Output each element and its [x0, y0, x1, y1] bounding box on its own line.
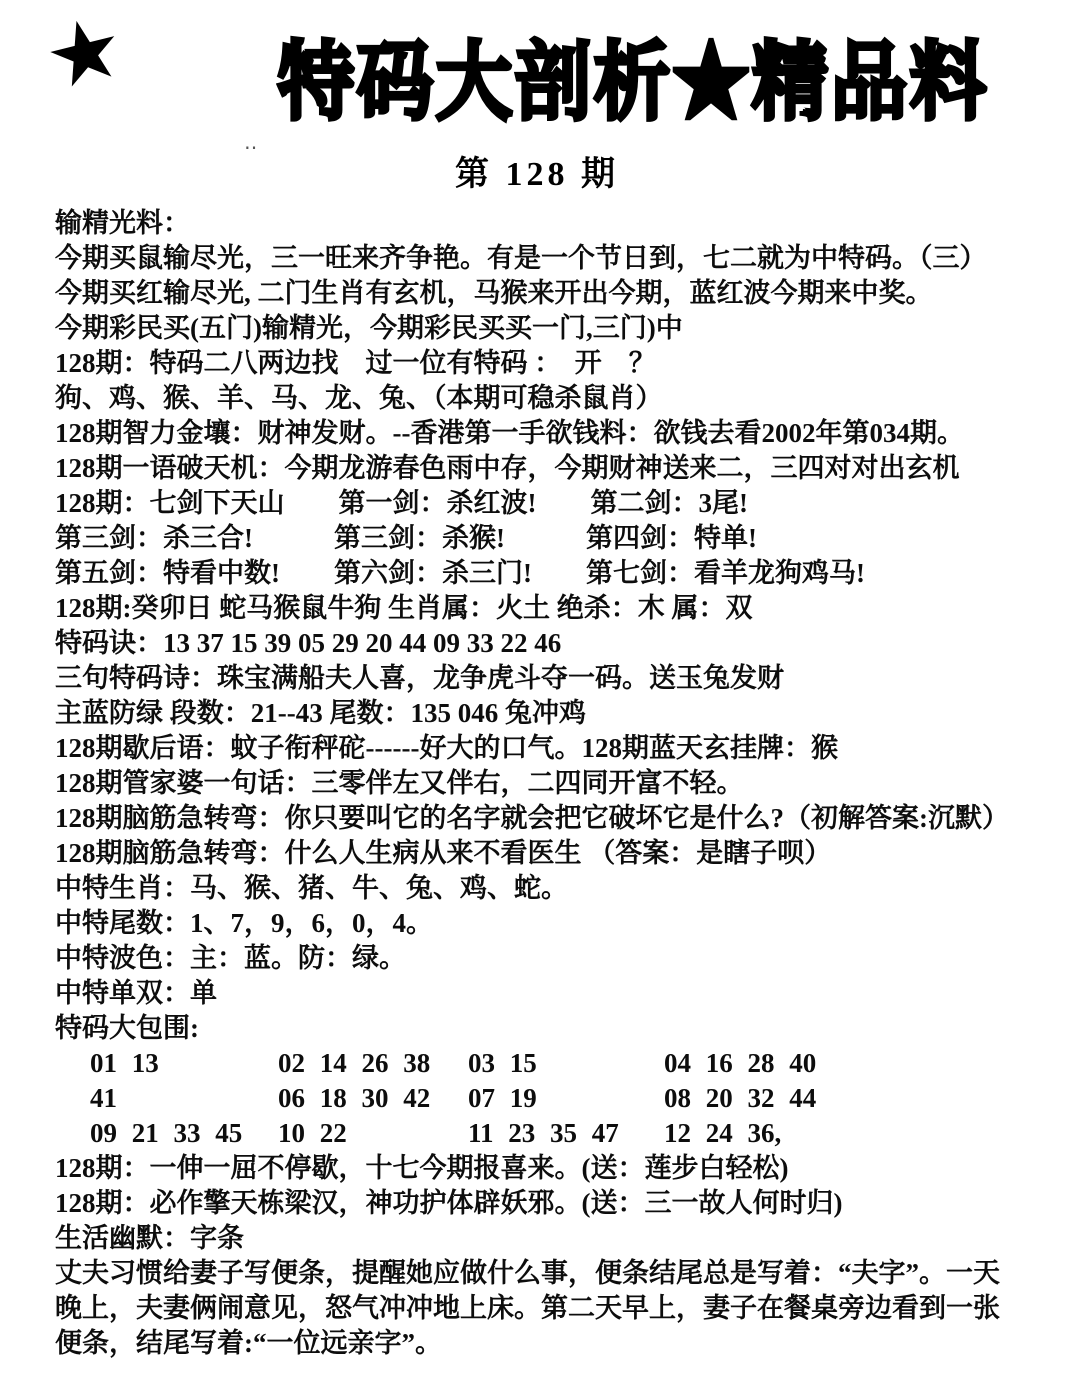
text-line: 晚上，夫妻俩闹意见，怒气冲冲地上床。第二天早上，妻子在餐桌旁边看到一张 — [55, 1291, 1055, 1326]
text-line: 生活幽默：字条 — [55, 1221, 1055, 1256]
text-line: 狗、鸡、猴、羊、马、龙、兔、（本期可稳杀鼠肖） — [55, 381, 1055, 416]
number-grid-row: 01 13 02 14 26 38 03 15 04 16 28 40 — [90, 1046, 1055, 1081]
document-body: 输精光料： 今期买鼠输尽光，三一旺来齐争艳。有是一个节日到，七二就为中特码。（三… — [55, 206, 1055, 1361]
text-line: 中特生肖：马、猴、猪、牛、兔、鸡、蛇。 — [55, 871, 1055, 906]
text-line: 128期：必作擎天栋梁汉，神功护体辟妖邪。(送：三一故人何时归) — [55, 1186, 1055, 1221]
number-grid-row: 09 21 33 45 10 22 11 23 35 47 12 24 36, — [90, 1116, 1055, 1151]
number-group: 07 19 — [468, 1081, 664, 1116]
number-group: 08 20 32 44 — [664, 1081, 1055, 1116]
number-group: 11 23 35 47 — [468, 1116, 664, 1151]
number-grid-row: 41 06 18 30 42 07 19 08 20 32 44 — [90, 1081, 1055, 1116]
number-group: 12 24 36, — [664, 1116, 1055, 1151]
text-line: 第五剑：特看中数! 第六剑：杀三门! 第七剑：看羊龙狗鸡马! — [55, 556, 1055, 591]
text-line: 128期脑筋急转弯：你只要叫它的名字就会把它破坏它是什么?（初解答案:沉默） — [55, 801, 1055, 836]
text-line: 便条，结尾写着:“一位远亲字”。 — [55, 1326, 1055, 1361]
text-line: 主蓝防绿 段数：21--43 尾数：135 046 兔冲鸡 — [55, 696, 1055, 731]
text-line: 今期买红输尽光, 二门生肖有玄机，马猴来开出今期，蓝红波今期来中奖。 — [55, 276, 1055, 311]
star-icon: ★ — [37, 2, 133, 104]
text-line: 128期脑筋急转弯：什么人生病从来不看医生 （答案：是瞎子呗） — [55, 836, 1055, 871]
page-title: 特码大剖析★精品料 — [278, 14, 1018, 136]
number-group: 06 18 30 42 — [278, 1081, 468, 1116]
text-line: 128期：特码二八两边找 过一位有特码 ： 开 ？ — [55, 346, 1055, 381]
text-line: 丈夫习惯给妻子写便条，提醒她应做什么事，便条结尾总是写着：“夫字”。一天 — [55, 1256, 1055, 1291]
text-line: 128期：七剑下天山 第一剑：杀红波! 第二剑：3尾! — [55, 486, 1055, 521]
text-line: 中特波色：主：蓝。防：绿。 — [55, 941, 1055, 976]
text-line: 第三剑：杀三合! 第三剑：杀猴! 第四剑：特单! — [55, 521, 1055, 556]
text-line: 128期一语破天机：今期龙游春色雨中存，今期财神送来二，三四对对出玄机 — [55, 451, 1055, 486]
text-line: 输精光料： — [55, 206, 1055, 241]
number-group: 09 21 33 45 — [90, 1116, 278, 1151]
number-group: 03 15 — [468, 1046, 664, 1081]
text-line: 中特单双：单 — [55, 976, 1055, 1011]
text-line: 三句特码诗：珠宝满船夫人喜，龙争虎斗夺一码。送玉兔发财 — [55, 661, 1055, 696]
scanned-tip-sheet: ★ 特码大剖析★精品料 ‥ 第 128 期 输精光料： 今期买鼠输尽光，三一旺来… — [0, 0, 1074, 1388]
issue-number: 第 128 期 — [0, 146, 1074, 195]
number-group: 02 14 26 38 — [278, 1046, 468, 1081]
text-line: 128期管家婆一句话：三零伴左又伴右，二四同开富不轻。 — [55, 766, 1055, 801]
number-group: 01 13 — [90, 1046, 278, 1081]
text-line: 128期歇后语：蚊子衔秤砣------好大的口气。128期蓝天玄挂牌：猴 — [55, 731, 1055, 766]
text-line: 特码诀：13 37 15 39 05 29 20 44 09 33 22 46 — [55, 626, 1055, 661]
text-line: 128期：一伸一屈不停歇，十七今期报喜来。(送：莲步白轻松) — [55, 1151, 1055, 1186]
number-group: 10 22 — [278, 1116, 468, 1151]
text-line: 特码大包围: — [55, 1011, 1055, 1046]
text-line: 128期智力金壤：财神发财。--香港第一手欲钱料：欲钱去看2002年第034期。 — [55, 416, 1055, 451]
text-line: 今期彩民买(五门)输精光，今期彩民买买一门,三门)中 — [55, 311, 1055, 346]
text-line: 今期买鼠输尽光，三一旺来齐争艳。有是一个节日到，七二就为中特码。（三） — [55, 241, 1055, 276]
number-group: 41 — [90, 1081, 278, 1116]
text-line: 中特尾数：1、7，9，6，0，4。 — [55, 906, 1055, 941]
text-line: 128期:癸卯日 蛇马猴鼠牛狗 生肖属：火土 绝杀：木 属：双 — [55, 591, 1055, 626]
number-group: 04 16 28 40 — [664, 1046, 1055, 1081]
